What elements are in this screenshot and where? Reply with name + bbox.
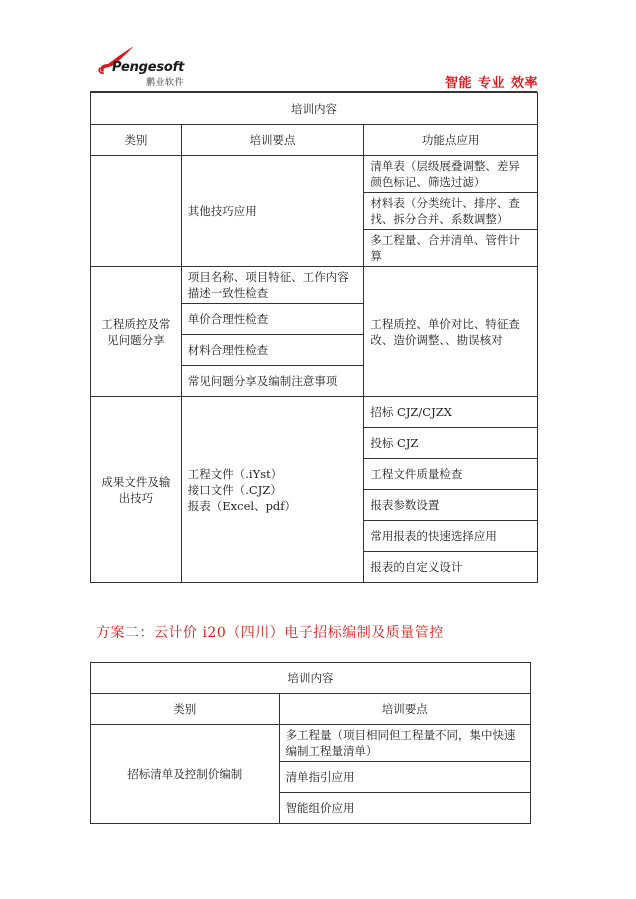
function-cell: 材料表（分类统计、排序、查找、拆分合并、系数调整） (364, 193, 538, 230)
point-cell: 常见问题分享及编制注意事项 (181, 366, 364, 397)
header-point: 培训要点 (181, 125, 364, 156)
point-line: 接口文件（.CJZ） (188, 482, 358, 498)
point-line: 工程文件（.iYst） (188, 466, 358, 482)
function-cell: 工程文件质量检查 (364, 459, 538, 490)
section-heading: 方案二：云计价 i20（四川）电子招标编制及质量管控 (96, 622, 444, 642)
logo-brand-cn: 鹏业软件 (146, 75, 184, 88)
point-cell: 清单指引应用 (279, 762, 530, 793)
point-cell: 多工程量（项目相同但工程量不同，集中快速编制工程量清单） (279, 725, 530, 762)
category-cell: 成果文件及输出技巧 (91, 397, 182, 583)
point-cell: 单价合理性检查 (181, 304, 364, 335)
slogan-word: 专业 (478, 76, 505, 91)
function-cell: 投标 CJZ (364, 428, 538, 459)
function-cell: 报表的自定义设计 (364, 552, 538, 583)
category-cell: 招标清单及控制价编制 (91, 725, 280, 824)
function-cell: 常用报表的快速选择应用 (364, 521, 538, 552)
category-cell (91, 156, 182, 267)
training-table-2: 培训内容 类别 培训要点 招标清单及控制价编制 多工程量（项目相同但工程量不同，… (90, 662, 531, 824)
point-cell: 工程文件（.iYst） 接口文件（.CJZ） 报表（Excel、pdf） (181, 397, 364, 583)
point-cell: 材料合理性检查 (181, 335, 364, 366)
header-function: 功能点应用 (364, 125, 538, 156)
slogan: 智能专业效率 (439, 72, 538, 91)
point-cell: 智能组价应用 (279, 793, 530, 824)
point-line: 报表（Excel、pdf） (188, 498, 358, 514)
function-cell: 招标 CJZ/CJZX (364, 397, 538, 428)
function-cell: 清单表（层级展叠调整、差异颜色标记、筛选过滤） (364, 156, 538, 193)
table-title: 培训内容 (91, 93, 538, 125)
logo-brand-name: Pengesoft (112, 60, 184, 75)
table-title: 培训内容 (91, 663, 531, 694)
header-category: 类别 (91, 694, 280, 725)
point-cell: 项目名称、项目特征、工作内容描述一致性检查 (181, 267, 364, 304)
category-cell: 工程质控及常见问题分享 (91, 267, 182, 397)
slogan-word: 效率 (511, 76, 538, 91)
slogan-word: 智能 (445, 76, 472, 91)
company-logo: Pengesoft 鹏业软件 (96, 46, 206, 88)
function-cell: 报表参数设置 (364, 490, 538, 521)
function-cell: 多工程量、合并清单、管件计算 (364, 230, 538, 267)
header-category: 类别 (91, 125, 182, 156)
training-table-1: 培训内容 类别 培训要点 功能点应用 其他技巧应用 清单表（层级展叠调整、差异颜… (90, 92, 538, 583)
point-cell: 其他技巧应用 (181, 156, 364, 267)
header-point: 培训要点 (279, 694, 530, 725)
function-cell: 工程质控、单价对比、特征查改、造价调整、、勘误核对 (364, 267, 538, 397)
